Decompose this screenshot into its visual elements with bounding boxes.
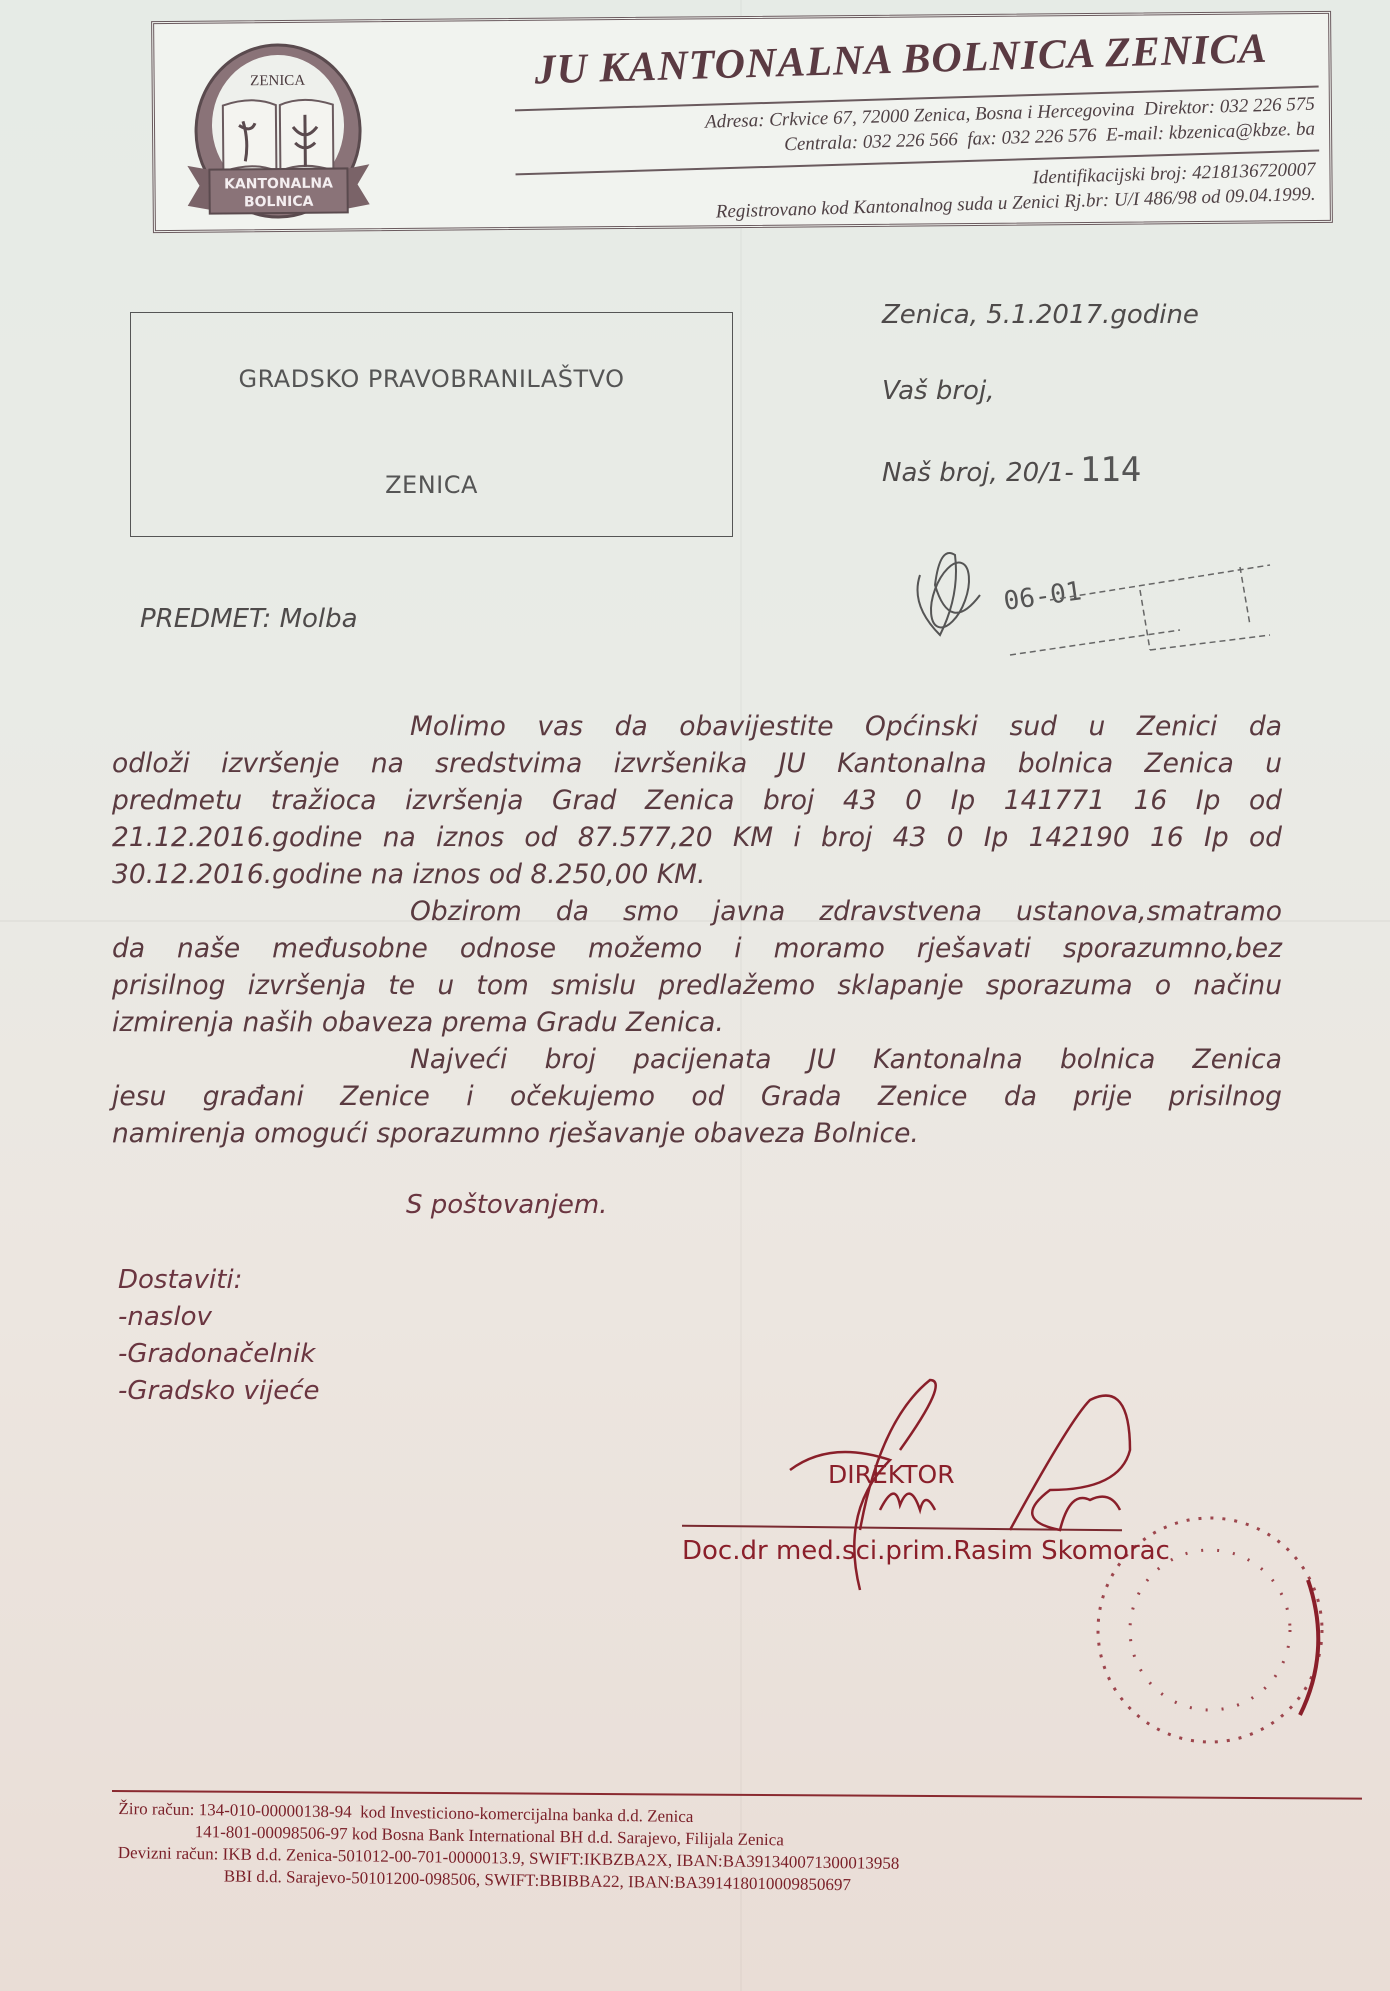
book-with-caduceus-icon: ZENICA KANTONALNA BOLNICA xyxy=(182,42,374,224)
closing: S poštovanjem. xyxy=(406,1190,607,1220)
handwritten-signature-icon xyxy=(770,1360,1170,1620)
handwritten-initials-icon xyxy=(918,553,981,635)
signatory-name: Doc.dr med.sci.prim.Rasim Skomorac xyxy=(682,1536,1170,1566)
received-stamp: 06-01 xyxy=(900,535,1280,685)
email[interactable]: E-mail: kbzenica@kbze. ba xyxy=(1106,118,1316,145)
fax: fax: 032 226 576 xyxy=(967,125,1097,150)
body-paragraph-1: Molimo vas da obavijestite Općinski sud … xyxy=(112,708,1282,893)
logo-ribbon-line1: KANTONALNA xyxy=(224,176,333,193)
footer-rule xyxy=(112,1790,1362,1800)
your-reference: Vaš broj, xyxy=(882,376,994,406)
logo-top-text: ZENICA xyxy=(250,73,305,89)
central-phone: Centrala: 032 226 566 xyxy=(784,129,958,155)
body-paragraph-3: Najveći broj pacijenata JU Kantonalna bo… xyxy=(112,1041,1282,1152)
distribution-item: -naslov xyxy=(118,1299,320,1336)
distribution-item: -Gradsko vijeće xyxy=(118,1373,320,1410)
bank-details-footer: Žiro račun: 134-010-00000138-94 kod Inve… xyxy=(117,1798,900,1897)
letterhead: ZENICA KANTONALNA BOLNICA JU KANTONALNA … xyxy=(151,11,1333,233)
distribution-heading: Dostaviti: xyxy=(118,1262,320,1299)
recipient-box: GRADSKO PRAVOBRANILAŠTVO ZENICA xyxy=(130,312,733,537)
institution-title: JU KANTONALNA BOLNICA ZENICA xyxy=(534,25,1268,95)
recipient-line1: GRADSKO PRAVOBRANILAŠTVO xyxy=(131,365,732,393)
registration: Registrovano kod Kantonalnog suda u Zeni… xyxy=(716,184,1316,224)
our-reference: Naš broj, 20/1-114 xyxy=(882,450,1141,490)
director-phone: Direktor: 032 226 575 xyxy=(1144,94,1315,120)
recipient-line2: ZENICA xyxy=(131,471,732,499)
subject: PREDMET: Molba xyxy=(140,604,358,634)
handwritten-ref-number: 114 xyxy=(1080,450,1141,490)
body-paragraph-2: Obzirom da smo javna zdravstvena ustanov… xyxy=(112,893,1282,1041)
logo-ribbon-line2: BOLNICA xyxy=(244,194,314,211)
letter-date: Zenica, 5.1.2017.godine xyxy=(882,300,1199,330)
distribution-list: Dostaviti: -naslov -Gradonačelnik -Grads… xyxy=(118,1262,320,1410)
distribution-item: -Gradonačelnik xyxy=(118,1336,320,1373)
